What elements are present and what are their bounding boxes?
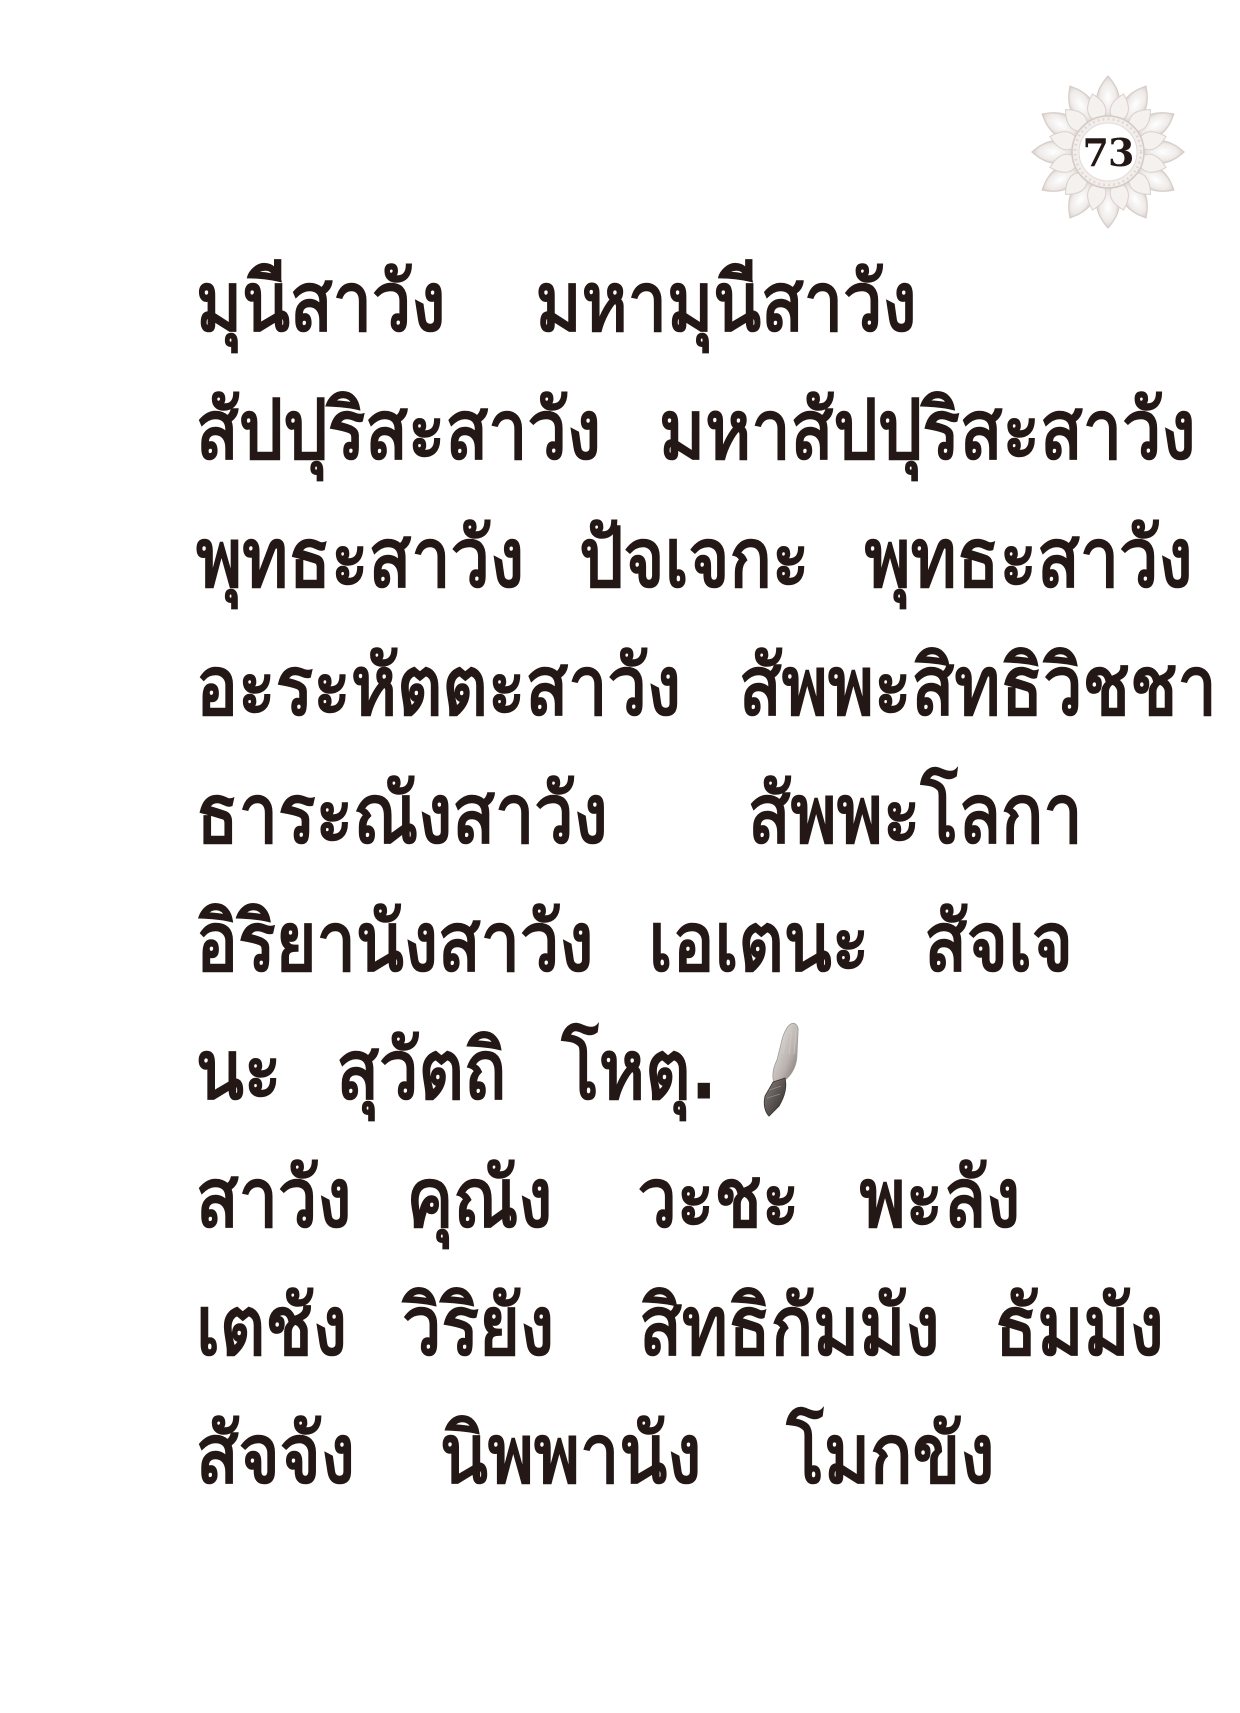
praying-hand-icon	[747, 1020, 807, 1120]
verse-text: มุนีสาวัง มหามุนีสาวัง สัปปุริสะสาวัง มห…	[196, 238, 1196, 1518]
page-number: 73	[1028, 72, 1188, 232]
verse-word: โมกขัง	[786, 1378, 994, 1529]
verse-word: นิพพานัง	[440, 1378, 701, 1529]
verse-word: สัจจัง	[196, 1378, 355, 1529]
page-number-badge: 73	[1028, 72, 1188, 232]
verse-line: สัจจัง นิพพานัง โมกขัง	[196, 1378, 1196, 1529]
